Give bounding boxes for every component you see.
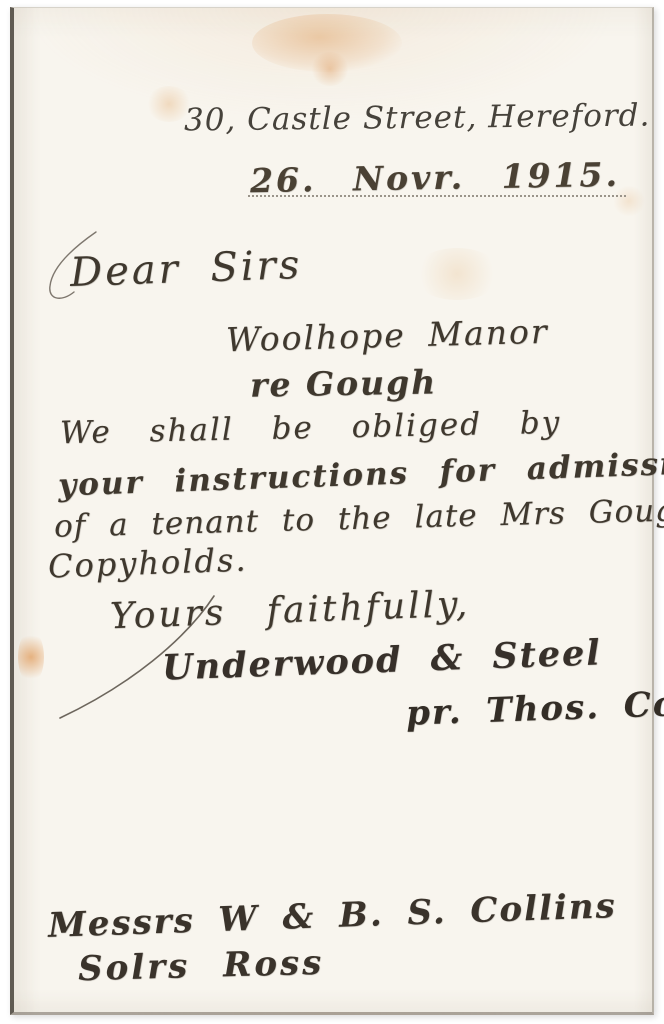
signature-firm: Underwood & Steel — [161, 632, 602, 688]
addressee-place: Solrs Ross — [78, 943, 325, 989]
letterhead-address: 30, Castle Street, Hereford. — [184, 98, 644, 139]
subject-line-re: re Gough — [250, 362, 438, 404]
closing-valediction: Yours faithfully, — [109, 584, 470, 638]
signature-per-clerk: pr. Thos. Coles — [405, 682, 664, 734]
salutation: Dear Sirs — [69, 242, 303, 296]
foxing-stain — [412, 248, 502, 300]
subject-line-manor: Woolhope Manor — [226, 312, 550, 359]
foxing-stain — [18, 630, 44, 684]
date-line: 26. Novr. 1915. — [244, 158, 626, 199]
letter-page: 30, Castle Street, Hereford. 26. Novr. 1… — [10, 7, 654, 1015]
foxing-stain — [252, 14, 402, 72]
addressee-name: Messrs W & B. S. Collins — [47, 886, 617, 946]
body-line-1: We shall be obliged by — [60, 405, 562, 451]
foxing-stain — [310, 52, 350, 86]
body-line-4: Copyholds. — [47, 541, 248, 586]
date-dotted-rule — [248, 195, 626, 197]
